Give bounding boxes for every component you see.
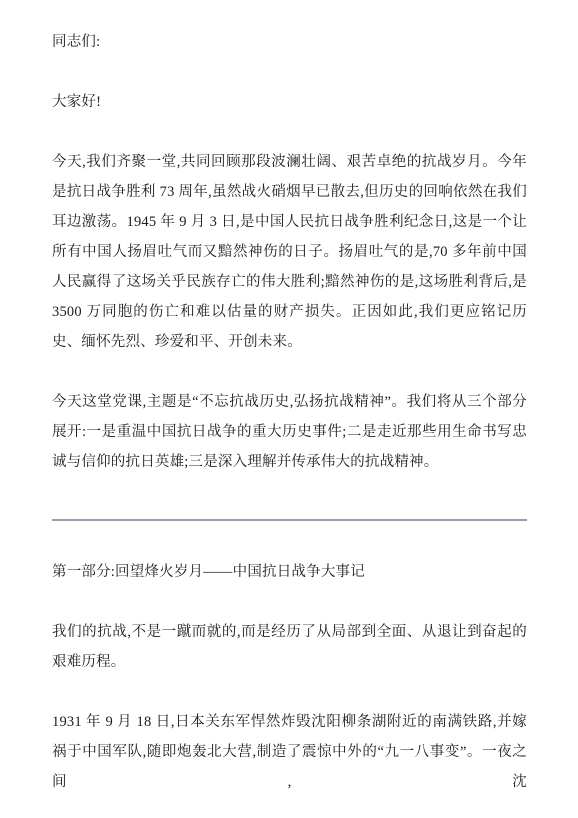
document-page: 同志们: 大家好! 今天,我们齐聚一堂,共同回顾那段波澜壮阔、艰苦卓绝的抗战岁月… <box>0 0 578 818</box>
paragraph-anniversary-overview: 今天,我们齐聚一堂,共同回顾那段波澜壮阔、艰苦卓绝的抗战岁月。今年是抗日战争胜利… <box>52 147 527 357</box>
greeting-line: 大家好! <box>52 87 527 117</box>
paragraph-lecture-theme: 今天这堂党课,主题是“不忘抗战历史,弘扬抗战精神”。我们将从三个部分展开:一是重… <box>52 387 527 477</box>
paragraph-resistance-intro: 我们的抗战,不是一蹴而就的,而是经历了从局部到全面、从退让到奋起的艰难历程。 <box>52 617 527 677</box>
salutation-line: 同志们: <box>52 27 527 57</box>
paragraph-1931-incident: 1931 年 9 月 18 日,日本关东军悍然炸毁沈阳柳条湖附近的南满铁路,并嫁… <box>52 707 527 797</box>
section-divider-rule <box>52 519 527 521</box>
section1-heading: 第一部分:回望烽火岁月——中国抗日战争大事记 <box>52 557 527 587</box>
